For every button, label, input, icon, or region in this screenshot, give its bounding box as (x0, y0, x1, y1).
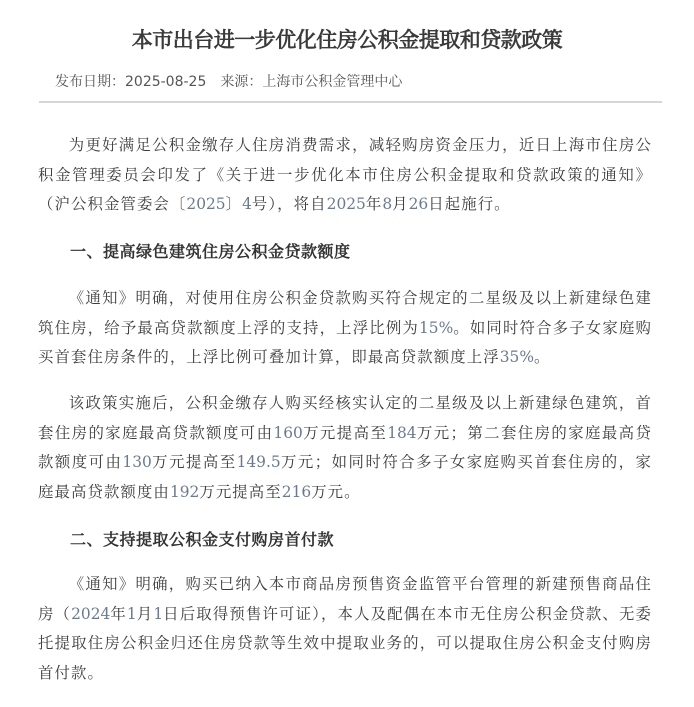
number-amount: 160 (273, 424, 302, 442)
section-heading-1: 一、提高绿色建筑住房公积金贷款额度 (38, 237, 652, 267)
section1-paragraph-2: 该政策实施后，公积金缴存人购买经核实认定的二星级及以上新建绿色建筑，首套住房的家… (38, 389, 652, 507)
publish-date-label: 发布日期： (55, 74, 125, 90)
text-segment: 万元提高至 (303, 424, 387, 442)
section1-paragraph-1: 《通知》明确，对使用住房公积金贷款购买符合规定的二星级及以上新建绿色建筑住房，给… (38, 284, 652, 373)
text-segment: 月 (137, 605, 154, 623)
intro-paragraph: 为更好满足公积金缴存人住房消费需求，减轻购房资金压力，近日上海市住房公积金管理委… (38, 131, 652, 220)
number-doc: 4 (242, 195, 252, 213)
source-name: 上海市公积金管理中心 (262, 74, 402, 90)
paragraph-text: 《通知》明确，购买已纳入本市商品房预售资金监管平台管理的新建预售商品住房（202… (38, 570, 652, 688)
number-year: 2024 (71, 605, 110, 623)
number-amount: 149.5 (237, 453, 281, 471)
text-segment: 年 (110, 605, 127, 623)
text-segment: 年 (366, 195, 383, 213)
number-day: 1 (153, 605, 163, 623)
text-segment: 号），将自 (252, 195, 327, 213)
number-month: 8 (382, 195, 392, 213)
number-month: 1 (127, 605, 137, 623)
section-heading-2: 二、支持提取公积金支付购房首付款 (38, 525, 652, 555)
paragraph-text: 为更好满足公积金缴存人住房消费需求，减轻购房资金压力，近日上海市住房公积金管理委… (38, 131, 652, 220)
section2-paragraph-1: 《通知》明确，购买已纳入本市商品房预售资金监管平台管理的新建预售商品住房（202… (38, 570, 652, 688)
number-percent: 35% (500, 348, 534, 366)
number-year: 2025 (327, 195, 366, 213)
header-divider (39, 101, 662, 103)
paragraph-text: 该政策实施后，公积金缴存人购买经核实认定的二星级及以上新建绿色建筑，首套住房的家… (38, 389, 652, 507)
text-segment: 。 (534, 348, 551, 366)
text-segment: 万元。 (311, 483, 360, 501)
paragraph-text: 《通知》明确，对使用住房公积金贷款购买符合规定的二星级及以上新建绿色建筑住房，给… (38, 284, 652, 373)
source-label: 来源： (220, 74, 262, 90)
article-title: 本市出台进一步优化住房公积金提取和贷款政策 (0, 24, 694, 56)
number-amount: 130 (122, 453, 151, 471)
number-amount: 192 (170, 483, 199, 501)
number-day: 26 (409, 195, 429, 213)
number-percent: 15% (419, 319, 453, 337)
text-segment: 万元提高至 (199, 483, 281, 501)
publish-date: 2025-08-25 (125, 74, 206, 90)
text-segment: 日起施行。 (428, 195, 510, 213)
text-segment: 〕 (226, 195, 243, 213)
number-year: 2025 (186, 195, 225, 213)
number-amount: 216 (282, 483, 311, 501)
text-segment: 月 (392, 195, 409, 213)
article-meta: 发布日期：2025-08-25来源：上海市公积金管理中心 (55, 71, 402, 93)
number-amount: 184 (387, 424, 416, 442)
text-segment: 万元提高至 (152, 453, 237, 471)
